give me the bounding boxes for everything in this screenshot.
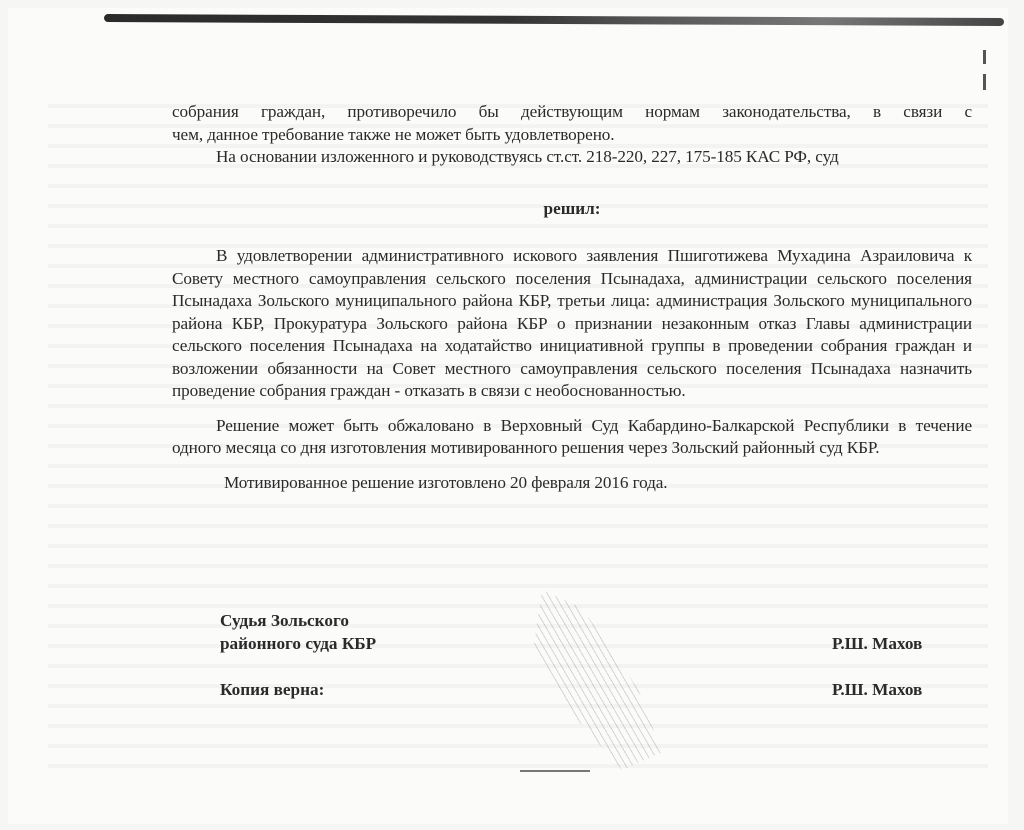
judge-name: Р.Ш. Махов <box>832 633 922 656</box>
judge-title: Судья Зольского районного суда КБР <box>220 610 376 655</box>
judge-title-line-1: Судья Зольского <box>220 610 376 633</box>
basis-paragraph: На основании изложенного и руководствуяс… <box>172 146 972 169</box>
decision-paragraph: В удовлетворении административного исков… <box>172 245 972 403</box>
copy-name: Р.Ш. Махов <box>832 679 922 702</box>
intro-paragraph: собрания граждан, противоречило бы дейст… <box>172 101 972 169</box>
judge-title-line-2: районного суда КБР <box>220 633 376 656</box>
bottom-mark-line <box>520 770 590 772</box>
appeal-paragraph: Решение может быть обжаловано в Верховны… <box>172 415 972 460</box>
intro-line-1: собрания граждан, противоречило бы дейст… <box>172 101 972 124</box>
decision-block: В удовлетворении административного исков… <box>172 245 972 494</box>
page-edge-mark <box>983 50 986 90</box>
intro-line-2: чем, данное требование также не может бы… <box>172 124 972 147</box>
date-paragraph: Мотивированное решение изготовлено 20 фе… <box>172 472 972 495</box>
decision-heading: решил: <box>172 199 972 219</box>
copy-label: Копия верна: <box>220 679 324 702</box>
